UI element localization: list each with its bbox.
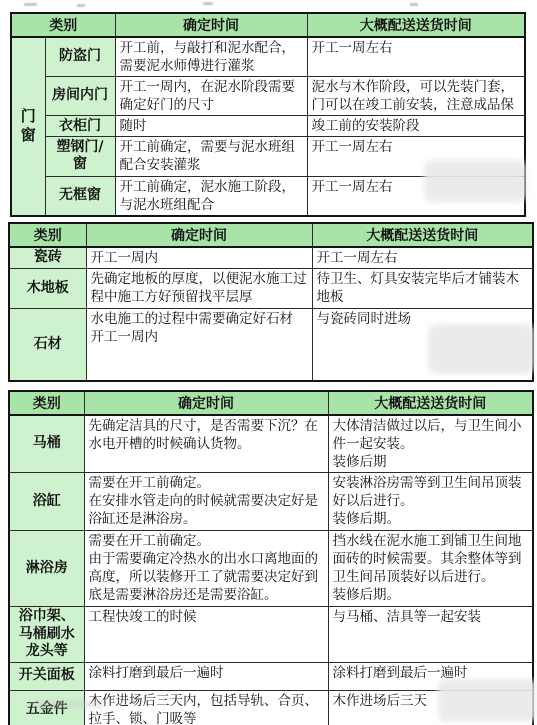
faint-watermark-text (32, 700, 104, 709)
table-row: 门窗 防盗门 开工前，与敲打和泥水配合，需要泥水师傅进行灌浆 开工一周左右 (11, 37, 525, 77)
confirm-time-cell: 涂料打磨到最后一遍时 (84, 662, 328, 690)
delivery-time-cell: 竣工前的安装阶段 (307, 116, 525, 137)
delivery-time-cell: 与马桶、洁具等一起安装 (328, 607, 533, 663)
category-cell: 房间内门 (45, 77, 115, 116)
category-cell: 浴缸 (9, 473, 84, 531)
table-row: 浴巾架、马桶刷水龙头等 工程快竣工的时候 与马桶、洁具等一起安装 (9, 607, 533, 663)
delivery-time-cell: 泥水与木作阶段，可以先装门套，门可以在竣工前安装，注意成品保 (307, 77, 525, 116)
erased-watermark (438, 679, 536, 722)
confirm-time-cell: 需要在开工前确定。 由于需要确定冷热水的出水口离地面的高度，所以装修开工了就需要… (84, 531, 328, 607)
column-header-delivery-time: 大概配送送货时间 (312, 223, 533, 247)
table-row: 马桶 先确定洁具的尺寸，是否需要下沉？在水电开槽的时候确认货物。 大体清洁做过以… (9, 415, 533, 473)
group-label-doors-windows: 门窗 (11, 37, 45, 216)
column-header-confirm-time: 确定时间 (86, 223, 312, 247)
confirm-time-cell: 开工一周内 (86, 247, 312, 269)
column-header-delivery-time: 大概配送送货时间 (328, 391, 533, 415)
column-header-category: 类别 (9, 223, 86, 247)
confirm-time-cell: 开工前，与敲打和泥水配合，需要泥水师傅进行灌浆 (115, 37, 307, 77)
category-cell: 淋浴房 (9, 531, 84, 607)
table-row: 木地板 先确定地板的厚度，以便泥水施工过程中施工方好预留找平层厚 待卫生、灯具安… (9, 269, 533, 309)
delivery-time-cell: 安装淋浴房需等到卫生间吊顶装好以后进行。 装修后期。 (328, 473, 533, 531)
confirm-time-cell: 开工前确定，泥水施工阶段，与泥水班组配合 (115, 176, 307, 216)
confirm-time-cell: 工程快竣工的时候 (84, 607, 328, 663)
category-cell: 马桶 (9, 415, 84, 473)
category-cell: 防盗门 (45, 37, 115, 77)
confirm-time-cell: 水电施工的过程中需要确定好石材 开工一周内 (86, 309, 312, 381)
confirm-time-cell: 先确定地板的厚度，以便泥水施工过程中施工方好预留找平层厚 (86, 269, 312, 309)
delivery-time-cell: 开工一周左右 (307, 37, 525, 77)
category-cell: 无框窗 (45, 176, 115, 216)
confirm-time-cell: 木作进场后三天内，包括导轨、合页、拉手、锁、门吸等 (84, 690, 328, 725)
delivery-time-cell: 开工一周左右 (312, 247, 533, 269)
column-header-category: 类别 (9, 391, 84, 415)
crop-artifact (77, 4, 85, 7)
header-row: 类别 确定时间 大概配送送货时间 (9, 223, 533, 247)
confirm-time-cell: 开工前确定，需要与泥水班组配合安装灌浆 (115, 137, 307, 176)
table-row: 房间内门 开工一周内，在泥水阶段需要确定好门的尺寸 泥水与木作阶段，可以先装门套… (11, 77, 525, 116)
crop-artifact (203, 2, 213, 5)
erased-watermark (428, 324, 534, 374)
document-page: 类别 确定时间 大概配送送货时间 门窗 防盗门 开工前，与敲打和泥水配合，需要泥… (0, 0, 537, 725)
confirm-time-cell: 需要在开工前确定。 在安排水管走向的时候就需要决定好是浴缸还是淋浴房。 (84, 473, 328, 531)
table-row: 衣柜门 随时 竣工前的安装阶段 (11, 116, 525, 137)
category-cell: 开关面板 (9, 662, 84, 690)
table-row: 浴缸 需要在开工前确定。 在安排水管走向的时候就需要决定好是浴缸还是淋浴房。 安… (9, 473, 533, 531)
erased-watermark (424, 160, 526, 202)
category-cell: 浴巾架、马桶刷水龙头等 (9, 607, 84, 663)
header-row: 类别 确定时间 大概配送送货时间 (11, 13, 525, 37)
confirm-time-cell: 随时 (115, 116, 307, 137)
category-cell: 衣柜门 (45, 116, 115, 137)
table-row: 瓷砖 开工一周内 开工一周左右 (9, 247, 533, 269)
bathroom-hardware-table: 类别 确定时间 大概配送送货时间 马桶 先确定洁具的尺寸，是否需要下沉？在水电开… (8, 390, 534, 725)
delivery-time-cell: 待卫生、灯具安装完毕后才铺装木地板 (312, 269, 533, 309)
category-cell: 石材 (9, 309, 86, 381)
delivery-time-cell: 大体清洁做过以后，与卫生间小件一起安装。 装修后期 (328, 415, 533, 473)
category-cell: 塑钢门/窗 (45, 137, 115, 176)
confirm-time-cell: 开工一周内，在泥水阶段需要确定好门的尺寸 (115, 77, 307, 116)
category-cell: 瓷砖 (9, 247, 86, 269)
column-header-category: 类别 (11, 13, 115, 37)
crop-artifact (24, 3, 37, 6)
delivery-time-cell: 挡水线在泥水施工到铺卫生间地面砖的时候需要。其余整体等到卫生间吊顶装好以后进行。… (328, 531, 533, 607)
confirm-time-cell: 先确定洁具的尺寸，是否需要下沉？在水电开槽的时候确认货物。 (84, 415, 328, 473)
column-header-confirm-time: 确定时间 (84, 391, 328, 415)
header-row: 类别 确定时间 大概配送送货时间 (9, 391, 533, 415)
table-row: 淋浴房 需要在开工前确定。 由于需要确定冷热水的出水口离地面的高度，所以装修开工… (9, 531, 533, 607)
column-header-delivery-time: 大概配送送货时间 (307, 13, 525, 37)
category-cell: 木地板 (9, 269, 86, 309)
crop-artifact (410, 3, 418, 6)
column-header-confirm-time: 确定时间 (115, 13, 307, 37)
